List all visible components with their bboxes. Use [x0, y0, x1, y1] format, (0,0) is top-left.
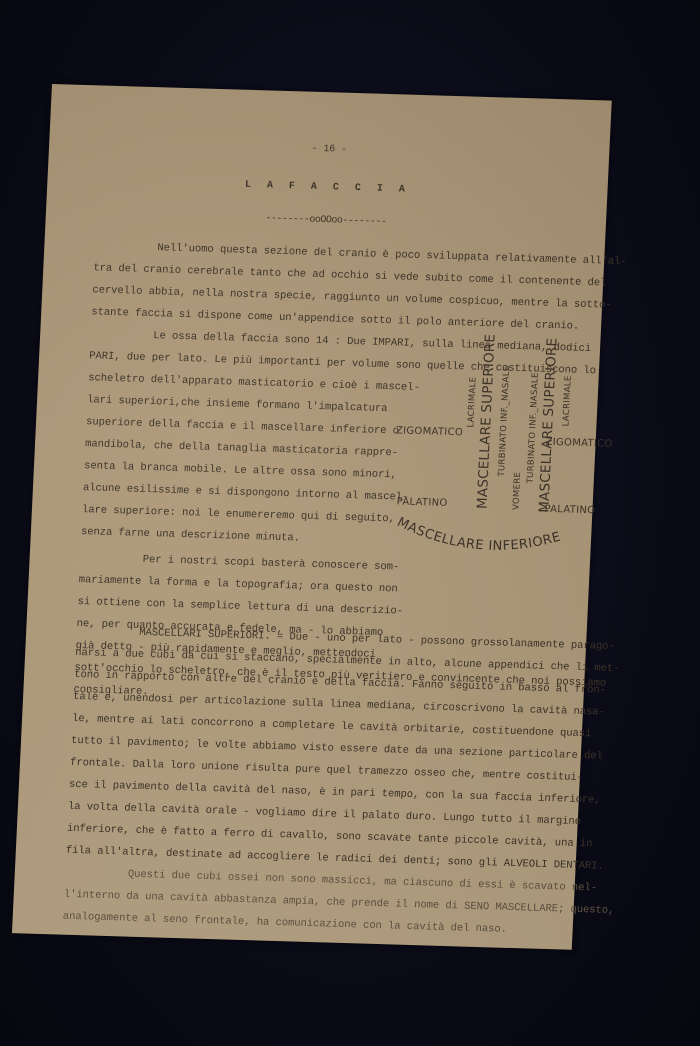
- label-right-lacrimale: LACRIMALE: [561, 375, 573, 426]
- paragraph-mascellari-superiori: MASCELLARI SUPERIORI. = Due - uno per la…: [65, 620, 621, 878]
- title-divider: --------ooOOoo--------: [46, 207, 606, 235]
- label-left-palatino: PALATINO: [396, 496, 447, 508]
- page-number: - 16 -: [49, 136, 609, 164]
- label-mascellare-inferiore: MASCELLARE INFERIORE: [381, 511, 606, 578]
- document-sheet: - 16 - L A F A C C I A --------ooOOoo---…: [12, 84, 612, 950]
- facial-bones-diagram: ZIGOMATICO LACRIMALE MASCELLARE SUPERIOR…: [390, 361, 610, 572]
- label-right-zigomatico: ZIGOMATICO: [545, 437, 613, 450]
- label-left-turbinato: TURBINATO INF._NASALE: [497, 365, 512, 476]
- paragraph-intro: Nell'uomo questa sezione del cranio è po…: [91, 235, 627, 339]
- label-vomere: VOMERE: [511, 472, 523, 510]
- page-title: L A F A C C I A: [47, 174, 607, 202]
- label-right-palatino: PALATINO: [544, 504, 595, 516]
- label-left-lacrimale: LACRIMALE: [466, 377, 478, 428]
- svg-text:MASCELLARE INFERIORE: MASCELLARE INFERIORE: [394, 515, 564, 556]
- label-left-zigomatico: ZIGOMATICO: [396, 425, 464, 438]
